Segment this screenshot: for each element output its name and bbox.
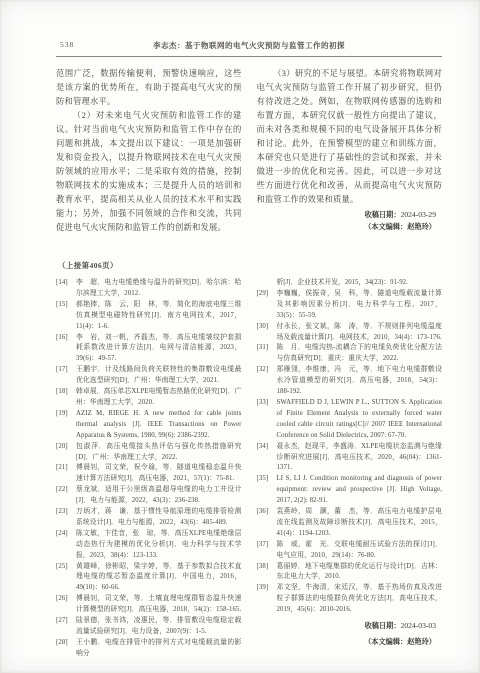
editor-note: （本文编辑：赵艳玲） (257, 221, 443, 233)
received-date-label: 收稿日期： (365, 210, 401, 219)
received-date-value: 2024-03-03 (401, 621, 436, 630)
reference-item: [15]郝艳捧，陈 云，阳 林，等．简化的海底电缆三维仿真模型电磁特性研究[J]… (56, 300, 242, 333)
reference-item: [29]李巍巍，侯振奇，吴 科，等．隧道电缆载流量计算及其影响因素分析[J]．电… (257, 289, 443, 322)
reference-text: SWAFFIELD D J, LEWIN P L., SUTTON S. App… (277, 398, 443, 442)
reference-number: [39] (257, 583, 277, 616)
reference-item: [30]付永长，张文斌，陈 涛，等．不规则排列电缆温度场及载流量计算[J]．电网… (257, 322, 443, 344)
reference-text: 郑雁翎，李维康，冯 元，等．地下电力电缆群敷设水冷管道模型的研究[J]．高压电器… (277, 365, 443, 398)
paragraph: （2）对未来电气火灾预防和监管工作的建议。针对当前电气火灾预防和监管工作中存在的… (56, 109, 242, 235)
reference-number: [19] (56, 409, 76, 442)
reference-number: [31] (257, 343, 277, 365)
received-date-line: 收稿日期：2024-03-29 (257, 209, 443, 221)
reference-number: [35] (257, 474, 277, 507)
reference-item: [23]万炳才，蒋 谦．基于惯性导航原理的电缆排管检测系统设计[J]．电力与能源… (56, 507, 242, 529)
reference-item: [27]陆景德，张书鸿，凌惠民，等．排管敷设电缆稳定载流量试验研究[J]．电力设… (56, 616, 242, 638)
references-right-list: [29]李巍巍，侯振奇，吴 科，等．隧道电缆载流量计算及其影响因素分析[J]．电… (257, 289, 443, 616)
header-rule (56, 56, 442, 57)
reference-item: [34]聂永杰，赵现平，李盛涛．XLPE电缆状态监测与绝缘诊断研究进展[J]．高… (257, 442, 443, 475)
page-header: 538 李志杰：基于物联网的电气火灾预防与监管工作的初探 (56, 40, 442, 53)
reference-text: 邓文坚，牛海清，宋廷汉，等．基于热场仿真及改进粒子群算法的电缆群负荷优化方法[J… (277, 583, 443, 616)
reference-item: [24]陈文敏，卞佳音，张 琼，等．高压XLPE电缆绝缘层动态热行为建模的优化分… (56, 529, 242, 562)
reference-item: [19]AZIZ M, RIEGE H. A new method for ca… (56, 409, 242, 442)
reference-number: [27] (56, 616, 76, 638)
reference-number: [17] (56, 365, 76, 387)
reference-text: 付永长，张文斌，陈 涛，等．不规则排列电缆温度场及载流量计算[J]．电网技术，2… (277, 322, 443, 344)
reference-text: 李 超．电力电缆绝缘与温升的研究[D]．哈尔滨：哈尔滨理工大学，2012. (76, 278, 242, 300)
reference-text: 李 岩，刘一帆，齐磊杰，等．高压电缆皱纹护套损耗系数改进计算方法[J]．电网与清… (76, 333, 242, 366)
continued-from-note: （上接第406页） (58, 260, 442, 271)
reference-text: 王小鹏．电缆在排管中的排列方式对电缆载流量的影响分 (76, 638, 242, 660)
reference-number: [30] (257, 322, 277, 344)
reference-text: 包淑萍．高压电缆接头热评估与强化传热措施研究[D]．广州：华南理工大学，2022… (76, 442, 242, 464)
reference-text: 陈 威，霍 光．交联电缆耐压试验方法的探讨[J]．电气应用，2010，29(14… (277, 540, 443, 562)
reference-number: [20] (56, 442, 76, 464)
journal-scan-page: 538 李志杰：基于物联网的电气火灾预防与监管工作的初探 范围广泛，数据传输便利… (0, 0, 480, 673)
reference-number: [23] (56, 507, 76, 529)
reference-item: [38]葛丽婷．地下电缆集群的优化运行与设计[D]．吉林：东北电力大学，2010… (257, 562, 443, 584)
reference-number: [14] (56, 278, 76, 300)
reference-number: [25] (56, 562, 76, 595)
reference-item: [31]陈 月．电缆沟热-流耦合下的电缆负荷优化分配方法与仿真研究[D]．重庆：… (257, 343, 443, 365)
reference-text: 韩卓展．高压单芯XLPE电缆暂态热路优化研究[D]．广州：华南理工大学，2020… (76, 387, 242, 409)
reference-number: [33] (257, 398, 277, 442)
reference-number: [37] (257, 540, 277, 562)
reference-item: [22]蔡龙斌．适用于公里级高温超导电缆的电力工井设计[J]．电力与能源，202… (56, 485, 242, 507)
reference-text: 聂永杰，赵现平，李盛涛．XLPE电缆状态监测与绝缘诊断研究进展[J]．高电压技术… (277, 442, 443, 475)
reference-text: 葛丽婷．地下电缆集群的优化运行与设计[D]．吉林：东北电力大学，2010. (277, 562, 443, 584)
reference-item: [17]王鹏宇．计及线路间负荷关联特性的集群敷设电缆最优化选型研究[D]．广州：… (56, 365, 242, 387)
reference-text: 万炳才，蒋 谦．基于惯性导航原理的电缆排管检测系统设计[J]．电力与能源，202… (76, 507, 242, 529)
reference-item: [14]李 超．电力电缆绝缘与温升的研究[D]．哈尔滨：哈尔滨理工大学，2012… (56, 278, 242, 300)
reference-number: [24] (56, 529, 76, 562)
references-section: （上接第406页） [14]李 超．电力电缆绝缘与温升的研究[D]．哈尔滨：哈尔… (56, 260, 442, 660)
reference-item: [37]陈 威，霍 光．交联电缆耐压试验方法的探讨[J]．电气应用，2010，2… (257, 540, 443, 562)
reference-item: [39]邓文坚，牛海清，宋廷汉，等．基于热场仿真及改进粒子群算法的电缆群负荷优化… (257, 583, 443, 616)
reference-text: 陆景德，张书鸿，凌惠民，等．排管敷设电缆稳定载流量试验研究[J]．电力设备，20… (76, 616, 242, 638)
reference-text: 黄雄峰，徐彬昭，梁宇婷，等．基于参数拟合技术直埋电缆的缆芯暂态温度计算[J]．中… (76, 562, 242, 595)
reference-item: [33]SWAFFIELD D J, LEWIN P L., SUTTON S.… (257, 398, 443, 442)
reference-text: AZIZ M, RIEGE H. A new method for cable … (76, 409, 242, 442)
reference-item: [28]王小鹏．电缆在排管中的排列方式对电缆载流量的影响分 (56, 638, 242, 660)
editor-note: （本文编辑：赵艳玲） (257, 636, 443, 648)
article-right-column: （3）研究的不足与展望。本研究将物联网对电气火灾预防与监管工作开展了初步研究，但… (257, 67, 443, 235)
reference-item: [36]袁燕岭，周 灏，董 杰，等．高压电力电缆护层电流在线监测及故障诊断技术[… (257, 507, 443, 540)
reference-number: [29] (257, 289, 277, 322)
reference-item: [32]郑雁翎，李维康，冯 元，等．地下电力电缆群敷设水冷管道模型的研究[J]．… (257, 365, 443, 398)
received-date-line: 收稿日期：2024-03-03 (257, 620, 443, 632)
reference-number: [16] (56, 333, 76, 366)
reference-number: [21] (56, 463, 76, 485)
paragraph: 范围广泛，数据传输便利，预警快速响应，这些是该方案的优势所在，有助于提高电气火灾… (56, 67, 242, 109)
reference-text: LI S, LI J. Condition monitoring and dia… (277, 474, 443, 507)
reference-item: [25]黄雄峰，徐彬昭，梁宇婷，等．基于参数拟合技术直埋电缆的缆芯暂态温度计算[… (56, 562, 242, 595)
reference-number: [34] (257, 442, 277, 475)
reference-text: 郝艳捧，陈 云，阳 林，等．简化的海底电缆三维仿真模型电磁特性研究[J]．南方电… (76, 300, 242, 333)
reference-number: [18] (56, 387, 76, 409)
reference-continuation-line: 析[J]．企业技术开发，2015，34(23)：91-92. (257, 278, 443, 289)
reference-item: [21]傅晨钊，司文荣，祝令瑜，等．隧道电缆稳态温升快速计算方法研究[J]．高压… (56, 463, 242, 485)
references-left-column: [14]李 超．电力电缆绝缘与温升的研究[D]．哈尔滨：哈尔滨理工大学，2012… (56, 278, 242, 660)
article-body: 范围广泛，数据传输便利，预警快速响应，这些是该方案的优势所在，有助于提高电气火灾… (56, 67, 442, 235)
reference-text: 陈文敏，卞佳音，张 琼，等．高压XLPE电缆绝缘层动态热行为建模的优化分析[J]… (76, 529, 242, 562)
reference-text: 蔡龙斌．适用于公里级高温超导电缆的电力工井设计[J]．电力与能源，2022，43… (76, 485, 242, 507)
reference-item: [35]LI S, LI J. Condition monitoring and… (257, 474, 443, 507)
reference-text: 陈 月．电缆沟热-流耦合下的电缆负荷优化分配方法与仿真研究[D]．重庆：重庆大学… (277, 343, 443, 365)
reference-number: [15] (56, 300, 76, 333)
reference-number: [32] (257, 365, 277, 398)
reference-text: 傅晨钊，司文荣，祝令瑜，等．隧道电缆稳态温升快速计算方法研究[J]．高压电器，2… (76, 463, 242, 485)
article-left-column: 范围广泛，数据传输便利，预警快速响应，这些是该方案的优势所在，有助于提高电气火灾… (56, 67, 242, 235)
reference-item: [26]傅晨钊，司文荣，等．土壤直埋电缆群暂态温升快速计算模型的研究[J]．高压… (56, 594, 242, 616)
references-right-column: 析[J]．企业技术开发，2015，34(23)：91-92. [29]李巍巍，侯… (257, 278, 443, 660)
running-title: 李志杰：基于物联网的电气火灾预防与监管工作的初探 (56, 40, 442, 51)
reference-text: 傅晨钊，司文荣，等．土壤直埋电缆群暂态温升快速计算模型的研究[J]．高压电器，2… (76, 594, 242, 616)
reference-item: [16]李 岩，刘一帆，齐磊杰，等．高压电缆皱纹护套损耗系数改进计算方法[J]．… (56, 333, 242, 366)
reference-text: 王鹏宇．计及线路间负荷关联特性的集群敷设电缆最优化选型研究[D]．广州：华南理工… (76, 365, 242, 387)
paragraph: （3）研究的不足与展望。本研究将物联网对电气火灾预防与监管工作开展了初步研究，但… (257, 67, 443, 207)
reference-number: [28] (56, 638, 76, 660)
reference-item: [20]包淑萍．高压电缆接头热评估与强化传热措施研究[D]．广州：华南理工大学，… (56, 442, 242, 464)
reference-number: [38] (257, 562, 277, 584)
reference-number: [36] (257, 507, 277, 540)
reference-item: [18]韩卓展．高压单芯XLPE电缆暂态热路优化研究[D]．广州：华南理工大学，… (56, 387, 242, 409)
reference-text: 袁燕岭，周 灏，董 杰，等．高压电力电缆护层电流在线监测及故障诊断技术[J]．高… (277, 507, 443, 540)
reference-text: 李巍巍，侯振奇，吴 科，等．隧道电缆载流量计算及其影响因素分析[J]．电力科学与… (277, 289, 443, 322)
received-date-value: 2024-03-29 (401, 210, 436, 219)
reference-number: [26] (56, 594, 76, 616)
received-date-label: 收稿日期： (365, 621, 401, 630)
reference-number: [22] (56, 485, 76, 507)
